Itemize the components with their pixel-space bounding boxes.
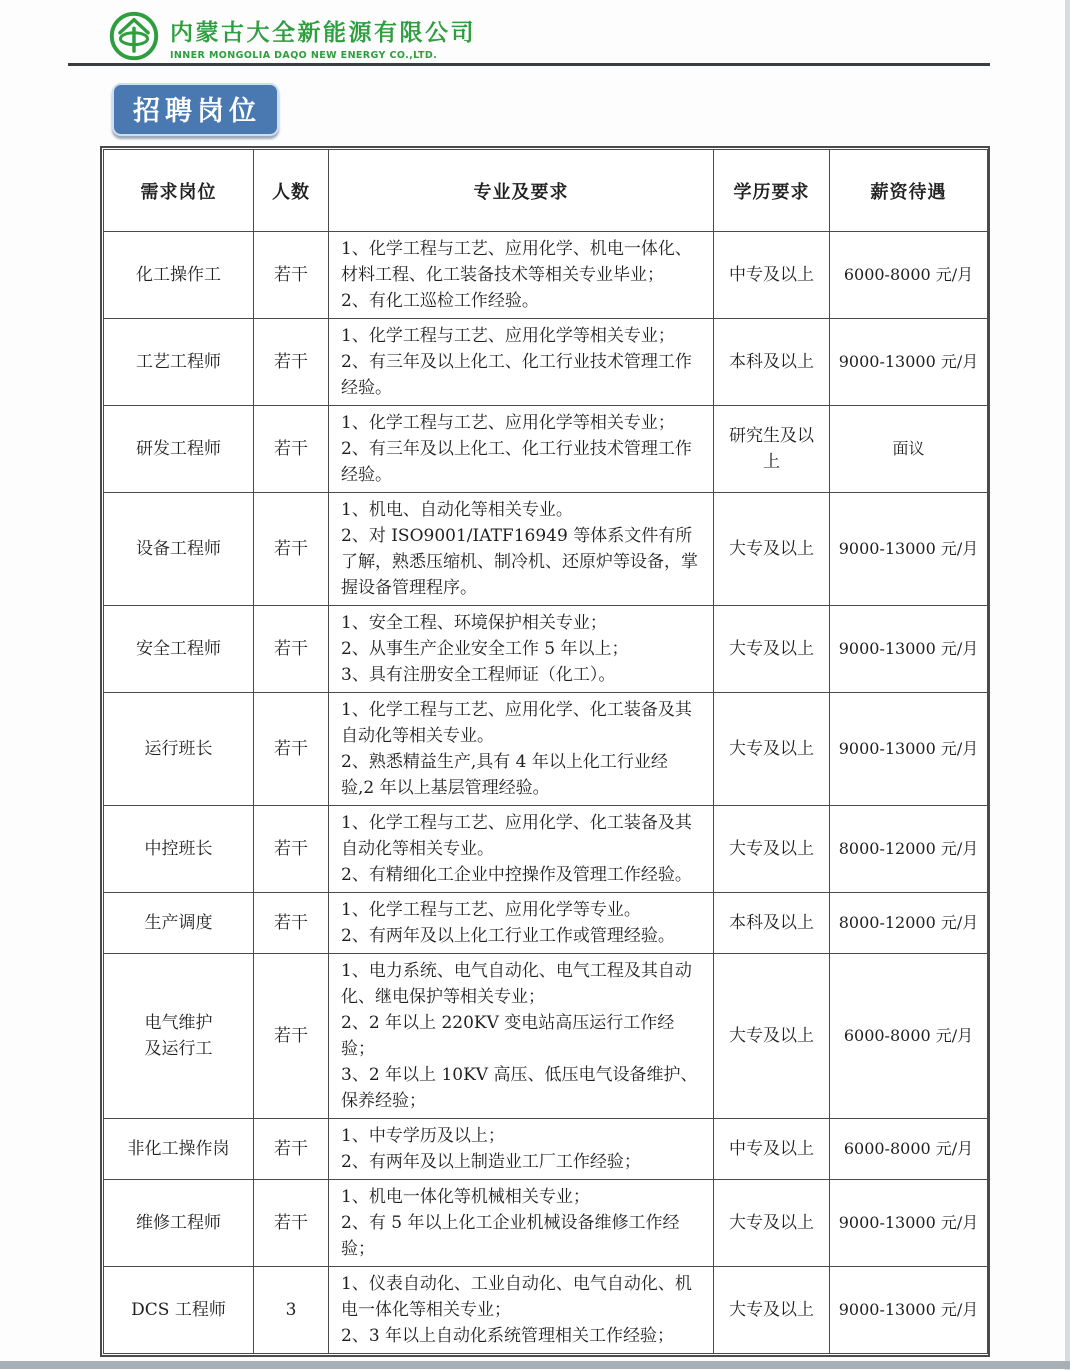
col-header-salary: 薪资待遇 (830, 150, 988, 232)
cell-education: 大专及以上 (714, 693, 830, 806)
cell-headcount: 若干 (254, 406, 329, 493)
cell-position: 工艺工程师 (104, 319, 254, 406)
cell-requirements: 1、化学工程与工艺、应用化学、化工装备及其自动化等相关专业。 2、熟悉精益生产,… (329, 693, 714, 806)
cell-position: 中控班长 (104, 806, 254, 893)
col-header-education: 学历要求 (714, 150, 830, 232)
cell-position: 运行班长 (104, 693, 254, 806)
cell-requirements: 1、化学工程与工艺、应用化学等专业。 2、有两年及以上化工行业工作或管理经验。 (329, 893, 714, 954)
table-row: 设备工程师 若干 1、机电、自动化等相关专业。 2、对 ISO9001/IATF… (104, 493, 988, 606)
job-table-frame: 需求岗位 人数 专业及要求 学历要求 薪资待遇 化工操作工 若干 1、化学工程与… (100, 146, 990, 1357)
cell-headcount: 若干 (254, 954, 329, 1119)
table-row: 非化工操作岗 若干 1、中专学历及以上； 2、有两年及以上制造业工厂工作经验； … (104, 1119, 988, 1180)
cell-education: 大专及以上 (714, 1267, 830, 1354)
table-row: 生产调度 若干 1、化学工程与工艺、应用化学等专业。 2、有两年及以上化工行业工… (104, 893, 988, 954)
cell-salary: 6000-8000 元/月 (830, 954, 988, 1119)
cell-headcount: 若干 (254, 893, 329, 954)
table-row: 维修工程师 若干 1、机电一体化等机械相关专业； 2、有 5 年以上化工企业机械… (104, 1180, 988, 1267)
cell-education: 本科及以上 (714, 893, 830, 954)
cell-salary: 9000-13000 元/月 (830, 1267, 988, 1354)
table-row: 工艺工程师 若干 1、化学工程与工艺、应用化学等相关专业； 2、有三年及以上化工… (104, 319, 988, 406)
cell-education: 大专及以上 (714, 1180, 830, 1267)
cell-position: DCS 工程师 (104, 1267, 254, 1354)
cell-requirements: 1、化学工程与工艺、应用化学、机电一体化、材料工程、化工装备技术等相关专业毕业；… (329, 232, 714, 319)
table-row: DCS 工程师 3 1、仪表自动化、工业自动化、电气自动化、机电一体化等相关专业… (104, 1267, 988, 1354)
cell-position: 设备工程师 (104, 493, 254, 606)
cell-salary: 9000-13000 元/月 (830, 606, 988, 693)
cell-salary: 8000-12000 元/月 (830, 893, 988, 954)
page-right-edge (1065, 0, 1070, 1370)
cell-headcount: 若干 (254, 806, 329, 893)
cell-salary: 面议 (830, 406, 988, 493)
cell-requirements: 1、化学工程与工艺、应用化学等相关专业； 2、有三年及以上化工、化工行业技术管理… (329, 319, 714, 406)
cell-education: 大专及以上 (714, 606, 830, 693)
cell-requirements: 1、化学工程与工艺、应用化学等相关专业； 2、有三年及以上化工、化工行业技术管理… (329, 406, 714, 493)
recruitment-poster-page: 内蒙古大全新能源有限公司 INNER MONGOLIA DAQO NEW ENE… (0, 0, 1070, 1370)
cell-headcount: 若干 (254, 493, 329, 606)
company-name-en: INNER MONGOLIA DAQO NEW ENERGY CO.,LTD. (170, 50, 476, 61)
recruitment-section-badge: 招聘岗位 (112, 83, 279, 136)
cell-salary: 8000-12000 元/月 (830, 806, 988, 893)
table-row: 电气维护 及运行工 若干 1、电力系统、电气自动化、电气工程及其自动化、继电保护… (104, 954, 988, 1119)
cell-education: 大专及以上 (714, 493, 830, 606)
cell-requirements: 1、机电一体化等机械相关专业； 2、有 5 年以上化工企业机械设备维修工作经验； (329, 1180, 714, 1267)
cell-requirements: 1、中专学历及以上； 2、有两年及以上制造业工厂工作经验； (329, 1119, 714, 1180)
cell-education: 本科及以上 (714, 319, 830, 406)
cell-position: 维修工程师 (104, 1180, 254, 1267)
cell-headcount: 若干 (254, 693, 329, 806)
job-table: 需求岗位 人数 专业及要求 学历要求 薪资待遇 化工操作工 若干 1、化学工程与… (103, 149, 988, 1354)
cell-salary: 9000-13000 元/月 (830, 319, 988, 406)
cell-education: 中专及以上 (714, 232, 830, 319)
cell-education: 中专及以上 (714, 1119, 830, 1180)
cell-requirements: 1、安全工程、环境保护相关专业； 2、从事生产企业安全工作 5 年以上； 3、具… (329, 606, 714, 693)
cell-position: 安全工程师 (104, 606, 254, 693)
table-row: 中控班长 若干 1、化学工程与工艺、应用化学、化工装备及其自动化等相关专业。 2… (104, 806, 988, 893)
cell-requirements: 1、电力系统、电气自动化、电气工程及其自动化、继电保护等相关专业； 2、2 年以… (329, 954, 714, 1119)
cell-headcount: 3 (254, 1267, 329, 1354)
company-logo-icon (108, 10, 160, 62)
cell-headcount: 若干 (254, 1119, 329, 1180)
cell-salary: 9000-13000 元/月 (830, 493, 988, 606)
cell-requirements: 1、仪表自动化、工业自动化、电气自动化、机电一体化等相关专业； 2、3 年以上自… (329, 1267, 714, 1354)
cell-headcount: 若干 (254, 1180, 329, 1267)
table-row: 研发工程师 若干 1、化学工程与工艺、应用化学等相关专业； 2、有三年及以上化工… (104, 406, 988, 493)
cell-education: 大专及以上 (714, 806, 830, 893)
table-row: 安全工程师 若干 1、安全工程、环境保护相关专业； 2、从事生产企业安全工作 5… (104, 606, 988, 693)
cell-headcount: 若干 (254, 232, 329, 319)
header-divider-line (68, 63, 990, 66)
cell-salary: 9000-13000 元/月 (830, 693, 988, 806)
cell-requirements: 1、机电、自动化等相关专业。 2、对 ISO9001/IATF16949 等体系… (329, 493, 714, 606)
table-row: 运行班长 若干 1、化学工程与工艺、应用化学、化工装备及其自动化等相关专业。 2… (104, 693, 988, 806)
table-header-row: 需求岗位 人数 专业及要求 学历要求 薪资待遇 (104, 150, 988, 232)
cell-position: 生产调度 (104, 893, 254, 954)
page-bottom-edge (0, 1361, 1070, 1369)
job-table-body: 化工操作工 若干 1、化学工程与工艺、应用化学、机电一体化、材料工程、化工装备技… (104, 232, 988, 1354)
cell-position: 化工操作工 (104, 232, 254, 319)
col-header-headcount: 人数 (254, 150, 329, 232)
cell-education: 大专及以上 (714, 954, 830, 1119)
cell-education: 研究生及以上 (714, 406, 830, 493)
company-name-zh: 内蒙古大全新能源有限公司 (170, 14, 476, 47)
table-row: 化工操作工 若干 1、化学工程与工艺、应用化学、机电一体化、材料工程、化工装备技… (104, 232, 988, 319)
cell-salary: 6000-8000 元/月 (830, 1119, 988, 1180)
cell-headcount: 若干 (254, 606, 329, 693)
cell-position: 研发工程师 (104, 406, 254, 493)
col-header-position: 需求岗位 (104, 150, 254, 232)
cell-position: 非化工操作岗 (104, 1119, 254, 1180)
cell-headcount: 若干 (254, 319, 329, 406)
col-header-requirements: 专业及要求 (329, 150, 714, 232)
company-name-block: 内蒙古大全新能源有限公司 INNER MONGOLIA DAQO NEW ENE… (170, 14, 476, 61)
cell-position: 电气维护 及运行工 (104, 954, 254, 1119)
cell-salary: 6000-8000 元/月 (830, 232, 988, 319)
cell-requirements: 1、化学工程与工艺、应用化学、化工装备及其自动化等相关专业。 2、有精细化工企业… (329, 806, 714, 893)
cell-salary: 9000-13000 元/月 (830, 1180, 988, 1267)
